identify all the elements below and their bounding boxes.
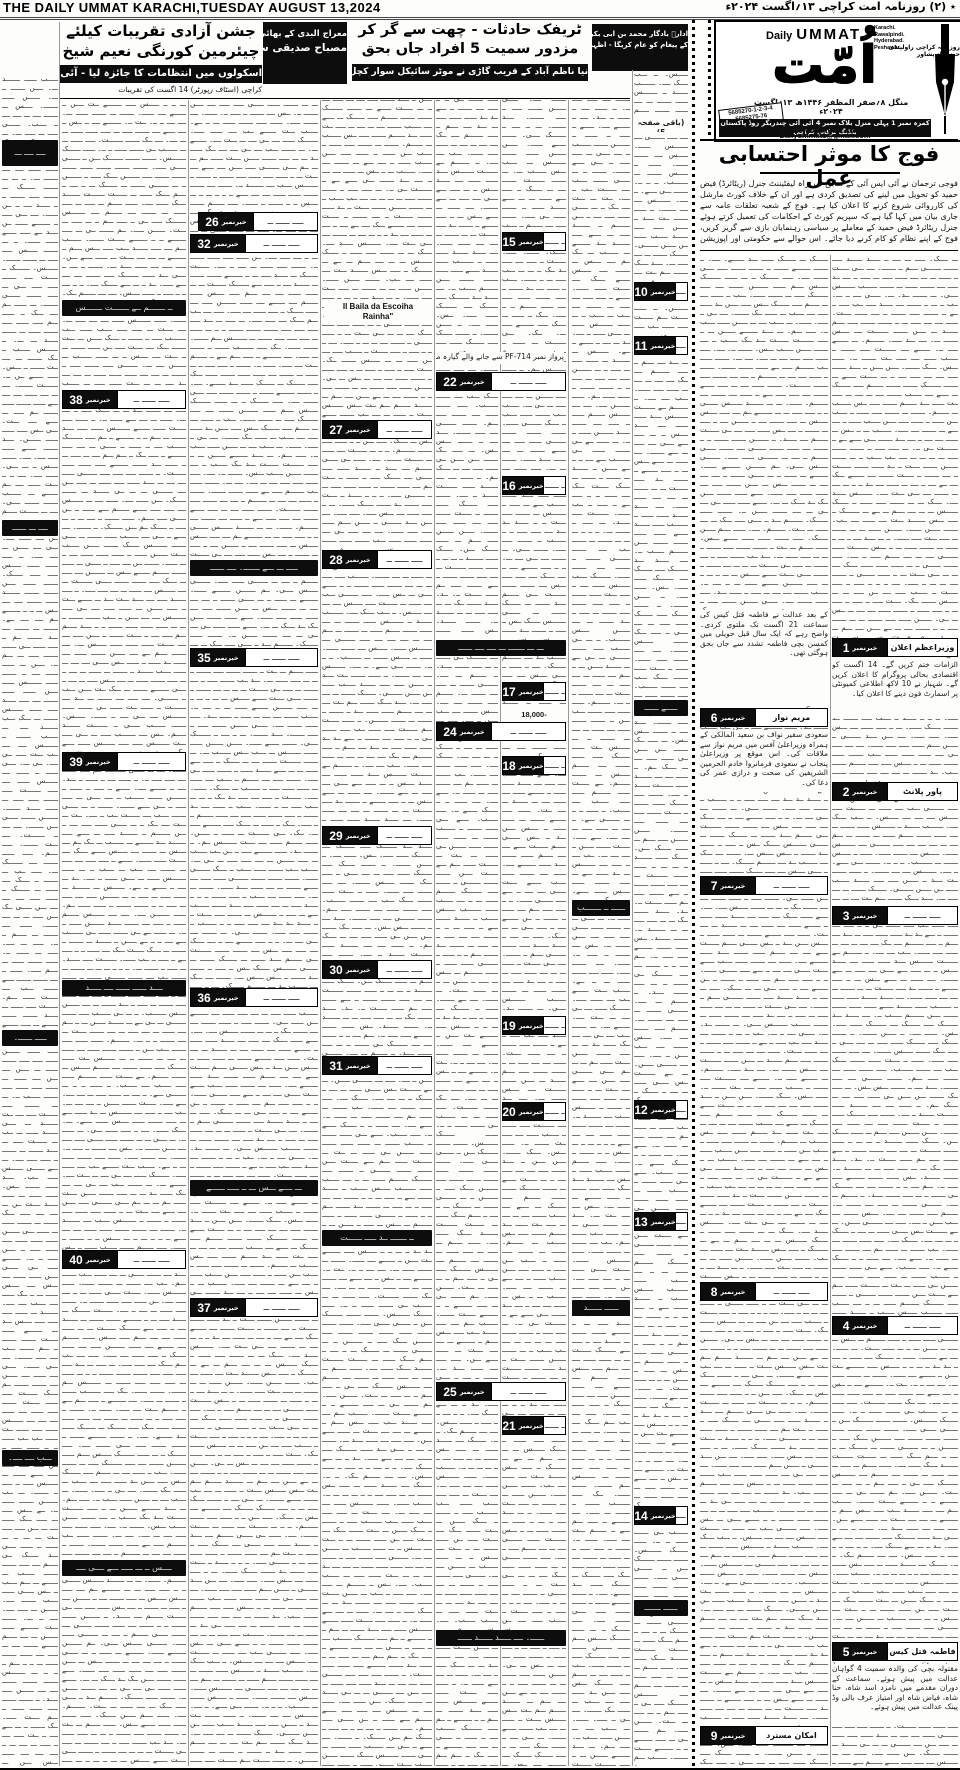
news-brief-number-value: 1 xyxy=(843,641,850,655)
news-brief-number: خبرنمبر27 xyxy=(322,420,377,439)
news-brief-number-value: 15 xyxy=(502,235,515,249)
news-brief-box-35: خبرنمبر35ــــ ـــــ ــ xyxy=(190,648,318,667)
memorial-line2: کے پیغام کو عام کریگا - اظہر صدیقی xyxy=(592,40,688,51)
inline-subhead-strip: ــــــ۔ ــــ ـــــد ــــــد ــــــ xyxy=(436,1630,566,1646)
news-brief-number-value: 17 xyxy=(502,685,515,699)
inline-subhead-text: ــــ ـــ ــــــ xyxy=(2,520,58,536)
news-brief-label-unreadable: ــــ ـــــ ــ xyxy=(543,237,566,246)
news-brief-label: ــــ ـــــ ــ xyxy=(675,1212,688,1231)
column-rule xyxy=(434,100,435,1766)
column-rule xyxy=(632,70,633,1766)
news-brief-label: ــــ ـــــ ــ xyxy=(675,1506,688,1525)
rule-above-army xyxy=(700,139,958,141)
news-brief-number-prefix: خبرنمبر xyxy=(651,1218,676,1226)
news-brief-label-unreadable: ــــ ـــــ ــ xyxy=(387,555,423,564)
news-brief-number: خبرنمبر17 xyxy=(502,682,543,701)
news-brief-label: ــــ ـــــ ــ xyxy=(245,648,318,667)
news-brief-number: خبرنمبر8 xyxy=(700,1282,755,1301)
news-brief-number-prefix: خبرنمبر xyxy=(519,1022,544,1030)
news-brief-box-13: خبرنمبر13ــــ ـــــ ــ xyxy=(634,1212,688,1231)
news-brief-label: ــــ ـــــ ــ xyxy=(491,1382,566,1401)
inline-subhead-text: ــــد ــــــ ــــــ ــــ ـــــد xyxy=(62,980,186,996)
dotted-separator xyxy=(692,20,695,1766)
news-brief-number: خبرنمبر15 xyxy=(502,232,543,251)
news-brief-number: خبرنمبر20 xyxy=(502,1102,543,1121)
body-text-column: ــــں ــ ــــد ـــــــ ـــــ ــــ ــــ ـ… xyxy=(322,95,432,1766)
news-brief-number-value: 22 xyxy=(443,375,456,389)
news-brief-number: خبرنمبر4 xyxy=(832,1316,887,1335)
inline-subhead-text: ـــب ــــ ــــ۔ xyxy=(2,1450,58,1466)
news-brief-label-unreadable: ــــ ـــــ ــ xyxy=(134,395,170,404)
news-brief-label-unreadable: ــــ ـــــ ــ xyxy=(387,425,423,434)
snippet-amount: 18,000- xyxy=(502,710,566,722)
news-brief-number: خبرنمبر5 xyxy=(832,1642,887,1661)
news-brief-label: ــــ ـــــ ــ xyxy=(253,212,318,231)
article-headline-center: ٹریفک حادثات - چھت سے گر کر مزدور سمیت 5… xyxy=(352,21,588,93)
news-brief-label-unreadable: ــــ ـــــ ــ xyxy=(675,1217,688,1226)
news-brief-label: ــــ ـــــ ــ xyxy=(245,234,318,253)
news-brief-number: خبرنمبر30 xyxy=(322,960,377,979)
news-brief-number-value: 5 xyxy=(843,1645,850,1659)
news-brief-box-7: خبرنمبر7ــــ ـــــ ــ xyxy=(700,876,828,895)
news-brief-number-prefix: خبرنمبر xyxy=(346,426,371,434)
pen-nib-icon xyxy=(932,24,958,136)
news-brief-label: ــــ ـــــ ــ xyxy=(543,756,566,775)
body-text-column: ــــــک ـــ ــــــک ــــــ ـــد ــــــے۔… xyxy=(700,255,828,1766)
news-brief-box-39: خبرنمبر39ــــ ـــــ ــ xyxy=(62,752,186,771)
news-brief-number-prefix: خبرنمبر xyxy=(460,728,485,736)
news-brief-label: ــــ ـــــ ــ xyxy=(117,752,186,771)
news-brief-box-6: خبرنمبر6مریم نواز xyxy=(700,708,828,727)
news-brief-label-unreadable: ــــ ـــــ ــ xyxy=(387,1061,423,1070)
news-brief-box-10: خبرنمبر10ــــ ـــــ ــ xyxy=(634,282,688,301)
page-header-bar: THE DAILY UMMAT KARACHI,TUESDAY AUGUST 1… xyxy=(0,0,960,20)
news-brief-label: ــــ ـــــ ــ xyxy=(755,1282,828,1301)
body-text-column: ـــ ــ ــ ـــــس ـــــ ـــــــے ــت ــــ… xyxy=(62,100,186,1766)
news-brief-number-value: 39 xyxy=(69,755,82,769)
news-brief-number: خبرنمبر38 xyxy=(62,390,117,409)
news-brief-number-prefix: خبرنمبر xyxy=(346,832,371,840)
body-text-column: ـــــــ ــــ۔ ـــــی ــــــں ـــــــ ـــ… xyxy=(502,95,566,1766)
news-brief-number: خبرنمبر37 xyxy=(190,1298,245,1317)
news-brief-number-value: 11 xyxy=(635,339,648,353)
news-brief-number-prefix: خبرنمبر xyxy=(720,714,745,722)
news-brief-number: خبرنمبر18 xyxy=(502,756,543,775)
news-brief-label-unreadable: ــــ ـــــ ــ xyxy=(134,757,170,766)
news-brief-number-prefix: خبرنمبر xyxy=(852,1322,877,1330)
news-brief-label: ــــ ـــــ ــ xyxy=(377,1056,432,1075)
masthead: DailyUMMAT Karachi.Rawalpindi.Hyderabad.… xyxy=(714,20,960,142)
news-brief-label: ــــ ـــــ ــ xyxy=(887,906,958,925)
news-brief-box-9: خبرنمبر9امکان مسترد xyxy=(700,1726,828,1745)
news-brief-number: خبرنمبر32 xyxy=(190,234,245,253)
news-brief-number: خبرنمبر1 xyxy=(832,638,887,657)
latin-caption-line1: Il Baila da Escoiha xyxy=(324,302,432,312)
news-brief-number-value: 13 xyxy=(634,1215,647,1229)
news-brief-number-prefix: خبرنمبر xyxy=(852,788,877,796)
news-brief-number: خبرنمبر2 xyxy=(832,782,887,801)
news-brief-label: ــــ ـــــ ــ xyxy=(377,550,432,569)
news-brief-number-prefix: خبرنمبر xyxy=(650,342,675,350)
news-brief-number-value: 25 xyxy=(443,1385,456,1399)
news-brief-label-unreadable: ــــ ـــــ ــ xyxy=(675,1105,688,1114)
news-brief-label-unreadable: ــــ ـــــ ــ xyxy=(511,377,547,386)
news-brief-box-25: خبرنمبر25ــــ ـــــ ــ xyxy=(436,1382,566,1401)
headline-center-subtitle: نیا ناظم آباد کے قریب گاڑی نے موٹر سائیک… xyxy=(352,64,588,81)
news-brief-number-prefix: خبرنمبر xyxy=(519,688,544,696)
inline-subhead-strip: ـــــ ـــ ـــے ـــــــ۔ ــــ ــــــ xyxy=(190,560,318,576)
news-brief-number-value: 3 xyxy=(843,909,850,923)
inline-subhead-text: ــــ ــــ ـــ xyxy=(2,140,58,166)
news-brief-label-unreadable: ــــ ـــــ ــ xyxy=(543,761,566,770)
news-brief-number-prefix: خبرنمبر xyxy=(519,238,544,246)
body-text-column: ـــــــ ــــ ـــــ ـــــ ــ۔ ــ ــــــ ـ… xyxy=(572,95,630,1766)
news-brief-number-value: 24 xyxy=(443,725,456,739)
inline-subhead-strip: ــــد ــــــ ــــــ ــــ ـــــد xyxy=(62,980,186,996)
news-brief-label-unreadable: ــــ ـــــ ــ xyxy=(543,1021,566,1030)
news-brief-label-unreadable: ــــ ـــــ ــ xyxy=(543,1107,566,1116)
news-brief-number-value: 8 xyxy=(711,1285,718,1299)
news-brief-number-prefix: خبرنمبر xyxy=(346,556,371,564)
snippet-fatima-brief: مقتولہ بچی کی والدہ سمیت 4 گواہان عدالت … xyxy=(832,1664,958,1724)
column-rule xyxy=(568,100,569,1766)
news-brief-number-value: 29 xyxy=(329,829,342,843)
news-brief-number-value: 4 xyxy=(843,1319,850,1333)
news-brief-box-4: خبرنمبر4ــــ ـــــ ــ xyxy=(832,1316,958,1335)
news-brief-number: خبرنمبر11 xyxy=(634,336,675,355)
news-brief-box-29: خبرنمبر29ــــ ـــــ ــ xyxy=(322,826,432,845)
newspaper-page: THE DAILY UMMAT KARACHI,TUESDAY AUGUST 1… xyxy=(0,0,960,1770)
news-brief-box-36: خبرنمبر36ــــ ـــــ ــ xyxy=(190,988,318,1007)
inline-subhead-strip: ــــ ـــ ــــــ xyxy=(2,520,58,536)
news-brief-number-value: 9 xyxy=(711,1729,718,1743)
news-brief-number-prefix: خبرنمبر xyxy=(86,758,111,766)
news-brief-number: خبرنمبر7 xyxy=(700,876,755,895)
news-brief-label: مریم نواز xyxy=(755,708,828,727)
news-brief-number-prefix: خبرنمبر xyxy=(852,644,877,652)
news-brief-label-unreadable: ــــ ـــــ ــ xyxy=(905,911,941,920)
news-brief-label-unreadable: ــــ ـــــ ــ xyxy=(675,287,688,296)
news-brief-number-value: 18 xyxy=(502,759,515,773)
news-brief-label-unreadable: ــــ ـــــ ــ xyxy=(543,687,566,696)
news-brief-number: خبرنمبر6 xyxy=(700,708,755,727)
body-text-column: ـــ ــــک۔ ـــــ ـــ ــــ ــ ـــــد ــــ… xyxy=(832,255,958,1766)
memorial-box: ادارہ یادگار محمد بن ابی بکر حضرت حسینؓ … xyxy=(592,24,688,71)
news-brief-number: خبرنمبر26 xyxy=(198,212,253,231)
news-brief-box-31: خبرنمبر31ــــ ـــــ ــ xyxy=(322,1056,432,1075)
news-brief-box-11: خبرنمبر11ــــ ـــــ ــ xyxy=(634,336,688,355)
column-rule xyxy=(59,22,60,1766)
news-brief-number-value: 32 xyxy=(197,237,210,251)
headline-left-dateline: کراچی (اسٹاف رپورٹر) 14 اگست کی تقریبات xyxy=(60,85,262,94)
column-rule xyxy=(320,100,321,1766)
news-brief-number: خبرنمبر10 xyxy=(634,282,675,301)
rule-under-army-lead xyxy=(700,250,958,251)
news-brief-label-unreadable: ــــ ـــــ ــ xyxy=(675,341,688,350)
inline-subhead-text: ـــــ ــــــ۔ xyxy=(2,1030,58,1046)
news-brief-number: خبرنمبر29 xyxy=(322,826,377,845)
news-brief-box-28: خبرنمبر28ــــ ـــــ ــ xyxy=(322,550,432,569)
news-brief-label: ــــ ـــــ ــ xyxy=(675,1100,688,1119)
news-brief-number: خبرنمبر31 xyxy=(322,1056,377,1075)
news-brief-number-prefix: خبرنمبر xyxy=(651,1512,676,1520)
news-brief-box-38: خبرنمبر38ــــ ـــــ ــ xyxy=(62,390,186,409)
inline-subhead-strip: ـــــ ــــــ۔ xyxy=(2,1030,58,1046)
news-brief-box-16: خبرنمبر16ــــ ـــــ ــ xyxy=(502,476,566,495)
news-brief-label: ــــ ـــــ ــ xyxy=(245,988,318,1007)
inline-subhead-strip: ـــب ــــ ــــ۔ xyxy=(2,1450,58,1466)
obituary-box: معراج البدی کے بھائی ماہر تعلیم مصباح صد… xyxy=(263,22,347,84)
news-brief-label: ــــ ـــــ ــ xyxy=(543,682,566,701)
news-brief-number-value: 19 xyxy=(502,1019,515,1033)
news-brief-number: خبرنمبر19 xyxy=(502,1016,543,1035)
body-text-column: ـــ ـــ ـــــــ ــــــ ـــــی ـــــ ــــ… xyxy=(190,100,318,1766)
news-brief-box-32: خبرنمبر32ــــ ـــــ ــ xyxy=(190,234,318,253)
inline-subhead-strip: ــــــ ــ ـــــــب xyxy=(572,900,630,916)
memorial-line1: ادارہ یادگار محمد بن ابی بکر حضرت حسینؓ xyxy=(592,29,688,40)
news-brief-box-19: خبرنمبر19ــــ ـــــ ــ xyxy=(502,1016,566,1035)
news-brief-label: ــــ ـــــ ــ xyxy=(543,232,566,251)
news-brief-box-18: خبرنمبر18ــــ ـــــ ــ xyxy=(502,756,566,775)
news-brief-number: خبرنمبر40 xyxy=(62,1250,117,1269)
news-brief-box-20: خبرنمبر20ــــ ـــــ ــ xyxy=(502,1102,566,1121)
inline-subhead-text: ــــــ ـــــــ xyxy=(634,1600,688,1616)
inline-subhead-text: ـــ ـــ ـــــــ ـــ ــــ ــــ ــــــ xyxy=(436,640,566,656)
news-brief-label: ــــ ـــــ ــ xyxy=(887,1316,958,1335)
news-brief-label: ــــ ـــــ ــ xyxy=(377,420,432,439)
news-brief-label-unreadable: ــــ ـــــ ــ xyxy=(543,481,566,490)
news-brief-number-value: 14 xyxy=(634,1509,647,1523)
news-brief-number-value: 10 xyxy=(634,285,647,299)
news-brief-number-prefix: خبرنمبر xyxy=(214,654,239,662)
army-title-rule xyxy=(760,172,900,174)
inline-subhead-strip: ــــس ــ ـــ ـــــ ـــے ــــی ــــ xyxy=(62,1560,186,1576)
news-brief-label-unreadable: ــــ ـــــ ــ xyxy=(134,1255,170,1264)
news-brief-box-2: خبرنمبر2پاور پلانٹ xyxy=(832,782,958,801)
inline-subhead-strip: ــ ـــــــم ــے ـــــــت ـــــــس xyxy=(62,300,186,316)
news-brief-box-3: خبرنمبر3ــــ ـــــ ــ xyxy=(832,906,958,925)
news-brief-number: خبرنمبر21 xyxy=(502,1416,543,1435)
news-brief-number-prefix: خبرنمبر xyxy=(346,966,371,974)
news-brief-label: ــــ ـــــ ــ xyxy=(245,1298,318,1317)
news-brief-box-21: خبرنمبر21ــــ ـــــ ــ xyxy=(502,1416,566,1435)
column-rule xyxy=(188,100,189,1766)
news-brief-number-prefix: خبرنمبر xyxy=(852,912,877,920)
news-brief-label-unreadable: ــــ ـــــ ــ xyxy=(264,239,300,248)
news-brief-label: ــــ ـــــ ــ xyxy=(543,1416,566,1435)
news-brief-label: ــــ ـــــ ــ xyxy=(675,336,688,355)
snippet-continued: (باقی صفحہ 5) xyxy=(634,118,688,132)
news-brief-number-value: 38 xyxy=(69,393,82,407)
masthead-urls: http://www.ummat.com.pk Dailyummat1@gmai… xyxy=(719,128,931,138)
news-brief-number: خبرنمبر35 xyxy=(190,648,245,667)
inline-subhead-strip: ـــ ـــ ـــــــ ـــ ــــ ــــ ــــــ xyxy=(436,640,566,656)
inline-subhead-text: ــــــ ــــــد xyxy=(572,1300,630,1316)
news-brief-label-unreadable: ــــ ـــــ ــ xyxy=(268,217,304,226)
latin-caption: Il Baila da Escoiha Rainha" xyxy=(324,302,432,324)
inline-subhead-text: ــ ـــــــ ــد ـــــ ــــــت xyxy=(322,1230,432,1246)
news-brief-number: خبرنمبر39 xyxy=(62,752,117,771)
news-brief-number: خبرنمبر22 xyxy=(436,372,491,391)
news-brief-label-unreadable: ــــ ـــــ ــ xyxy=(387,965,423,974)
news-brief-box-30: خبرنمبر30ــــ ـــــ ــ xyxy=(322,960,432,979)
news-brief-label: ــــ ـــــ ــ xyxy=(117,390,186,409)
news-brief-number-prefix: خبرنمبر xyxy=(214,1304,239,1312)
news-brief-number-prefix: خبرنمبر xyxy=(519,1422,544,1430)
news-brief-number-prefix: خبرنمبر xyxy=(222,218,247,226)
news-brief-label-unreadable: ــــ ـــــ ــ xyxy=(387,831,423,840)
news-brief-number: خبرنمبر13 xyxy=(634,1212,675,1231)
headline-left-title: جشن آزادی تقریبات کیلئے چیئرمین کورنگی ن… xyxy=(60,21,262,63)
news-brief-number-prefix: خبرنمبر xyxy=(852,1648,877,1656)
news-brief-number: خبرنمبر24 xyxy=(436,722,491,741)
news-brief-box-24: خبرنمبر24ــــ ـــــ ــ xyxy=(436,722,566,741)
masthead-email: Dailyummat1@gmail.com xyxy=(719,133,931,138)
news-brief-label: ــــ ـــــ ــ xyxy=(543,476,566,495)
news-brief-label: ــــ ـــــ ــ xyxy=(755,876,828,895)
news-brief-number-prefix: خبرنمبر xyxy=(519,1108,544,1116)
latin-caption-line2: Rainha" xyxy=(324,312,432,322)
news-brief-number-prefix: خبرنمبر xyxy=(651,1106,676,1114)
news-brief-box-5: خبرنمبر5فاطمہ قتل کیس xyxy=(832,1642,958,1661)
inline-subhead-text: ـــــے ــــــ xyxy=(634,700,688,716)
news-brief-label-unreadable: ــــ ـــــ ــ xyxy=(774,881,810,890)
news-brief-label-unreadable: ــــ ـــــ ــ xyxy=(543,1421,566,1430)
inline-subhead-strip: ــــ ــــ ـــ xyxy=(2,140,58,166)
news-brief-number: خبرنمبر14 xyxy=(634,1506,675,1525)
news-brief-number-prefix: خبرنمبر xyxy=(519,482,544,490)
news-brief-label: ــــ ـــــ ــ xyxy=(543,1016,566,1035)
column-rule xyxy=(500,100,501,1766)
news-brief-box-37: خبرنمبر37ــــ ـــــ ــ xyxy=(190,1298,318,1317)
news-brief-label: فاطمہ قتل کیس xyxy=(887,1642,958,1661)
news-brief-label-unreadable: ــــ ـــــ ــ xyxy=(511,1387,547,1396)
news-brief-label-unreadable: ــــ ـــــ ــ xyxy=(511,727,547,736)
news-brief-label-unreadable: ــــ ـــــ ــ xyxy=(675,1511,688,1520)
news-brief-number-value: 12 xyxy=(634,1103,647,1117)
header-urdu-dateline: ٭ (۲) روزنامہ امت کراچی ۱۳؍اگست ۲۰۲۴ء xyxy=(726,0,956,13)
news-brief-label-unreadable: ــــ ـــــ ــ xyxy=(264,993,300,1002)
snippet-flight: پرواز نمبر PF-714 سے جانے والے گیارہ مسا… xyxy=(436,352,564,364)
news-brief-number: خبرنمبر3 xyxy=(832,906,887,925)
inline-subhead-text: ــ ـــــــم ــے ـــــــت ـــــــس xyxy=(62,300,186,316)
news-brief-box-17: خبرنمبر17ــــ ـــــ ــ xyxy=(502,682,566,701)
news-brief-label: پاور پلانٹ xyxy=(887,782,958,801)
army-article-lead: فوجی ترجمان نے آئی ایس آئی کے سابق سربرا… xyxy=(700,178,958,246)
news-brief-label-unreadable: ــــ ـــــ ــ xyxy=(264,653,300,662)
news-brief-number-value: 2 xyxy=(843,785,850,799)
news-brief-box-12: خبرنمبر12ــــ ـــــ ــ xyxy=(634,1100,688,1119)
obituary-line1: معراج البدی کے بھائی ماہر تعلیم xyxy=(263,28,347,41)
column-rule xyxy=(830,255,831,1766)
news-brief-number: خبرنمبر36 xyxy=(190,988,245,1007)
news-brief-number-value: 7 xyxy=(711,879,718,893)
news-brief-number-value: 28 xyxy=(329,553,342,567)
header-english-title: THE DAILY UMMAT KARACHI,TUESDAY AUGUST 1… xyxy=(3,0,381,15)
inline-subhead-text: ـــ ــــے ـــس ـــ ــ ـــــ ــــــے xyxy=(190,1180,318,1196)
news-brief-number-value: 31 xyxy=(329,1059,342,1073)
news-brief-number-prefix: خبرنمبر xyxy=(720,1732,745,1740)
news-brief-box-15: خبرنمبر15ــــ ـــــ ــ xyxy=(502,232,566,251)
snippet-pm-brief: الزامات ختم کریں گے۔ 14 اگست کو اقتصادی … xyxy=(832,660,958,718)
news-brief-number: خبرنمبر12 xyxy=(634,1100,675,1119)
inline-subhead-text: ــــس ــ ـــ ـــــ ـــے ــــی ــــ xyxy=(62,1560,186,1576)
news-brief-label: ــــ ـــــ ــ xyxy=(117,1250,186,1269)
news-brief-number-value: 16 xyxy=(502,479,515,493)
inline-subhead-strip: ـــ ــــے ـــس ـــ ــ ـــــ ــــــے xyxy=(190,1180,318,1196)
news-brief-label: ــــ ـــــ ــ xyxy=(491,722,566,741)
inline-subhead-strip: ـــــے ــــــ xyxy=(634,700,688,716)
news-brief-number-prefix: خبرنمبر xyxy=(460,1388,485,1396)
news-brief-label: ــــ ـــــ ــ xyxy=(377,826,432,845)
news-brief-number-prefix: خبرنمبر xyxy=(651,288,676,296)
news-brief-number-value: 27 xyxy=(329,423,342,437)
news-brief-number-value: 6 xyxy=(711,711,718,725)
news-brief-number-prefix: خبرنمبر xyxy=(214,240,239,248)
news-brief-box-22: خبرنمبر22ــــ ـــــ ــ xyxy=(436,372,566,391)
news-brief-number-prefix: خبرنمبر xyxy=(86,396,111,404)
news-brief-number-value: 20 xyxy=(502,1105,515,1119)
inline-subhead-text: ـــــ ـــ ـــے ـــــــ۔ ــــ ــــــ xyxy=(190,560,318,576)
news-brief-box-40: خبرنمبر40ــــ ـــــ ــ xyxy=(62,1250,186,1269)
news-brief-number-value: 30 xyxy=(329,963,342,977)
inline-subhead-text: ــــــ۔ ــــ ـــــد ــــــد ــــــ xyxy=(436,1630,566,1646)
inline-subhead-strip: ــــــ ــــــد xyxy=(572,1300,630,1316)
news-brief-number-prefix: خبرنمبر xyxy=(86,1256,111,1264)
news-brief-number-prefix: خبرنمبر xyxy=(720,1288,745,1296)
news-brief-label: ــــ ـــــ ــ xyxy=(675,282,688,301)
news-brief-box-8: خبرنمبر8ــــ ـــــ ــ xyxy=(700,1282,828,1301)
news-brief-number-prefix: خبرنمبر xyxy=(720,882,745,890)
news-brief-label-unreadable: ــــ ـــــ ــ xyxy=(774,1287,810,1296)
inline-subhead-strip: ــــــ ـــــــ xyxy=(634,1600,688,1616)
news-brief-label: ــــ ـــــ ــ xyxy=(491,372,566,391)
news-brief-number: خبرنمبر28 xyxy=(322,550,377,569)
body-text-column: ـــــ ـــــــ ــی ــ ــ ـــــ ــــ ـــــ… xyxy=(436,95,498,1766)
news-brief-number-value: 26 xyxy=(205,215,218,229)
snippet-court-line: کے بعد عدالت نے فاطمہ قتل کیس کی سماعت 2… xyxy=(700,610,828,704)
article-headline-left: جشن آزادی تقریبات کیلئے چیئرمین کورنگی ن… xyxy=(60,21,262,97)
news-brief-label-unreadable: ــــ ـــــ ــ xyxy=(264,1303,300,1312)
news-brief-number: خبرنمبر25 xyxy=(436,1382,491,1401)
inline-subhead-text: ــــــ ــ ـــــــب xyxy=(572,900,630,916)
news-brief-number-prefix: خبرنمبر xyxy=(460,378,485,386)
news-brief-number-prefix: خبرنمبر xyxy=(346,1062,371,1070)
news-brief-box-27: خبرنمبر27ــــ ـــــ ــ xyxy=(322,420,432,439)
dotted-separator-masthead xyxy=(708,20,711,138)
news-brief-number-value: 36 xyxy=(197,991,210,1005)
news-brief-number: خبرنمبر16 xyxy=(502,476,543,495)
news-brief-label-unreadable: ــــ ـــــ ــ xyxy=(905,1321,941,1330)
news-brief-label: ــــ ـــــ ــ xyxy=(543,1102,566,1121)
snippet-maryam-brief: سعودی سفیر نواف بن سعید المالکی کے ہمراہ… xyxy=(700,730,828,792)
news-brief-number: خبرنمبر9 xyxy=(700,1726,755,1745)
news-brief-box-14: خبرنمبر14ــــ ـــــ ــ xyxy=(634,1506,688,1525)
news-brief-box-26: خبرنمبر26ــــ ـــــ ــ xyxy=(198,212,318,231)
news-brief-box-1: خبرنمبر1وزیراعظم اعلان xyxy=(832,638,958,657)
news-brief-number-prefix: خبرنمبر xyxy=(214,994,239,1002)
news-brief-label: امکان مسترد xyxy=(755,1726,828,1745)
news-brief-number-value: 37 xyxy=(197,1301,210,1315)
news-brief-number-value: 40 xyxy=(69,1253,82,1267)
news-brief-number-value: 35 xyxy=(197,651,210,665)
inline-subhead-strip: ــ ـــــــ ــد ـــــ ــــــت xyxy=(322,1230,432,1246)
obituary-line2: مصباح صدیقی سپرد خاک xyxy=(263,41,347,56)
news-brief-label: ــــ ـــــ ــ xyxy=(377,960,432,979)
news-brief-label: وزیراعظم اعلان xyxy=(887,638,958,657)
headline-center-title: ٹریفک حادثات - چھت سے گر کر مزدور سمیت 5… xyxy=(352,21,588,61)
news-brief-number-value: 21 xyxy=(502,1419,515,1433)
